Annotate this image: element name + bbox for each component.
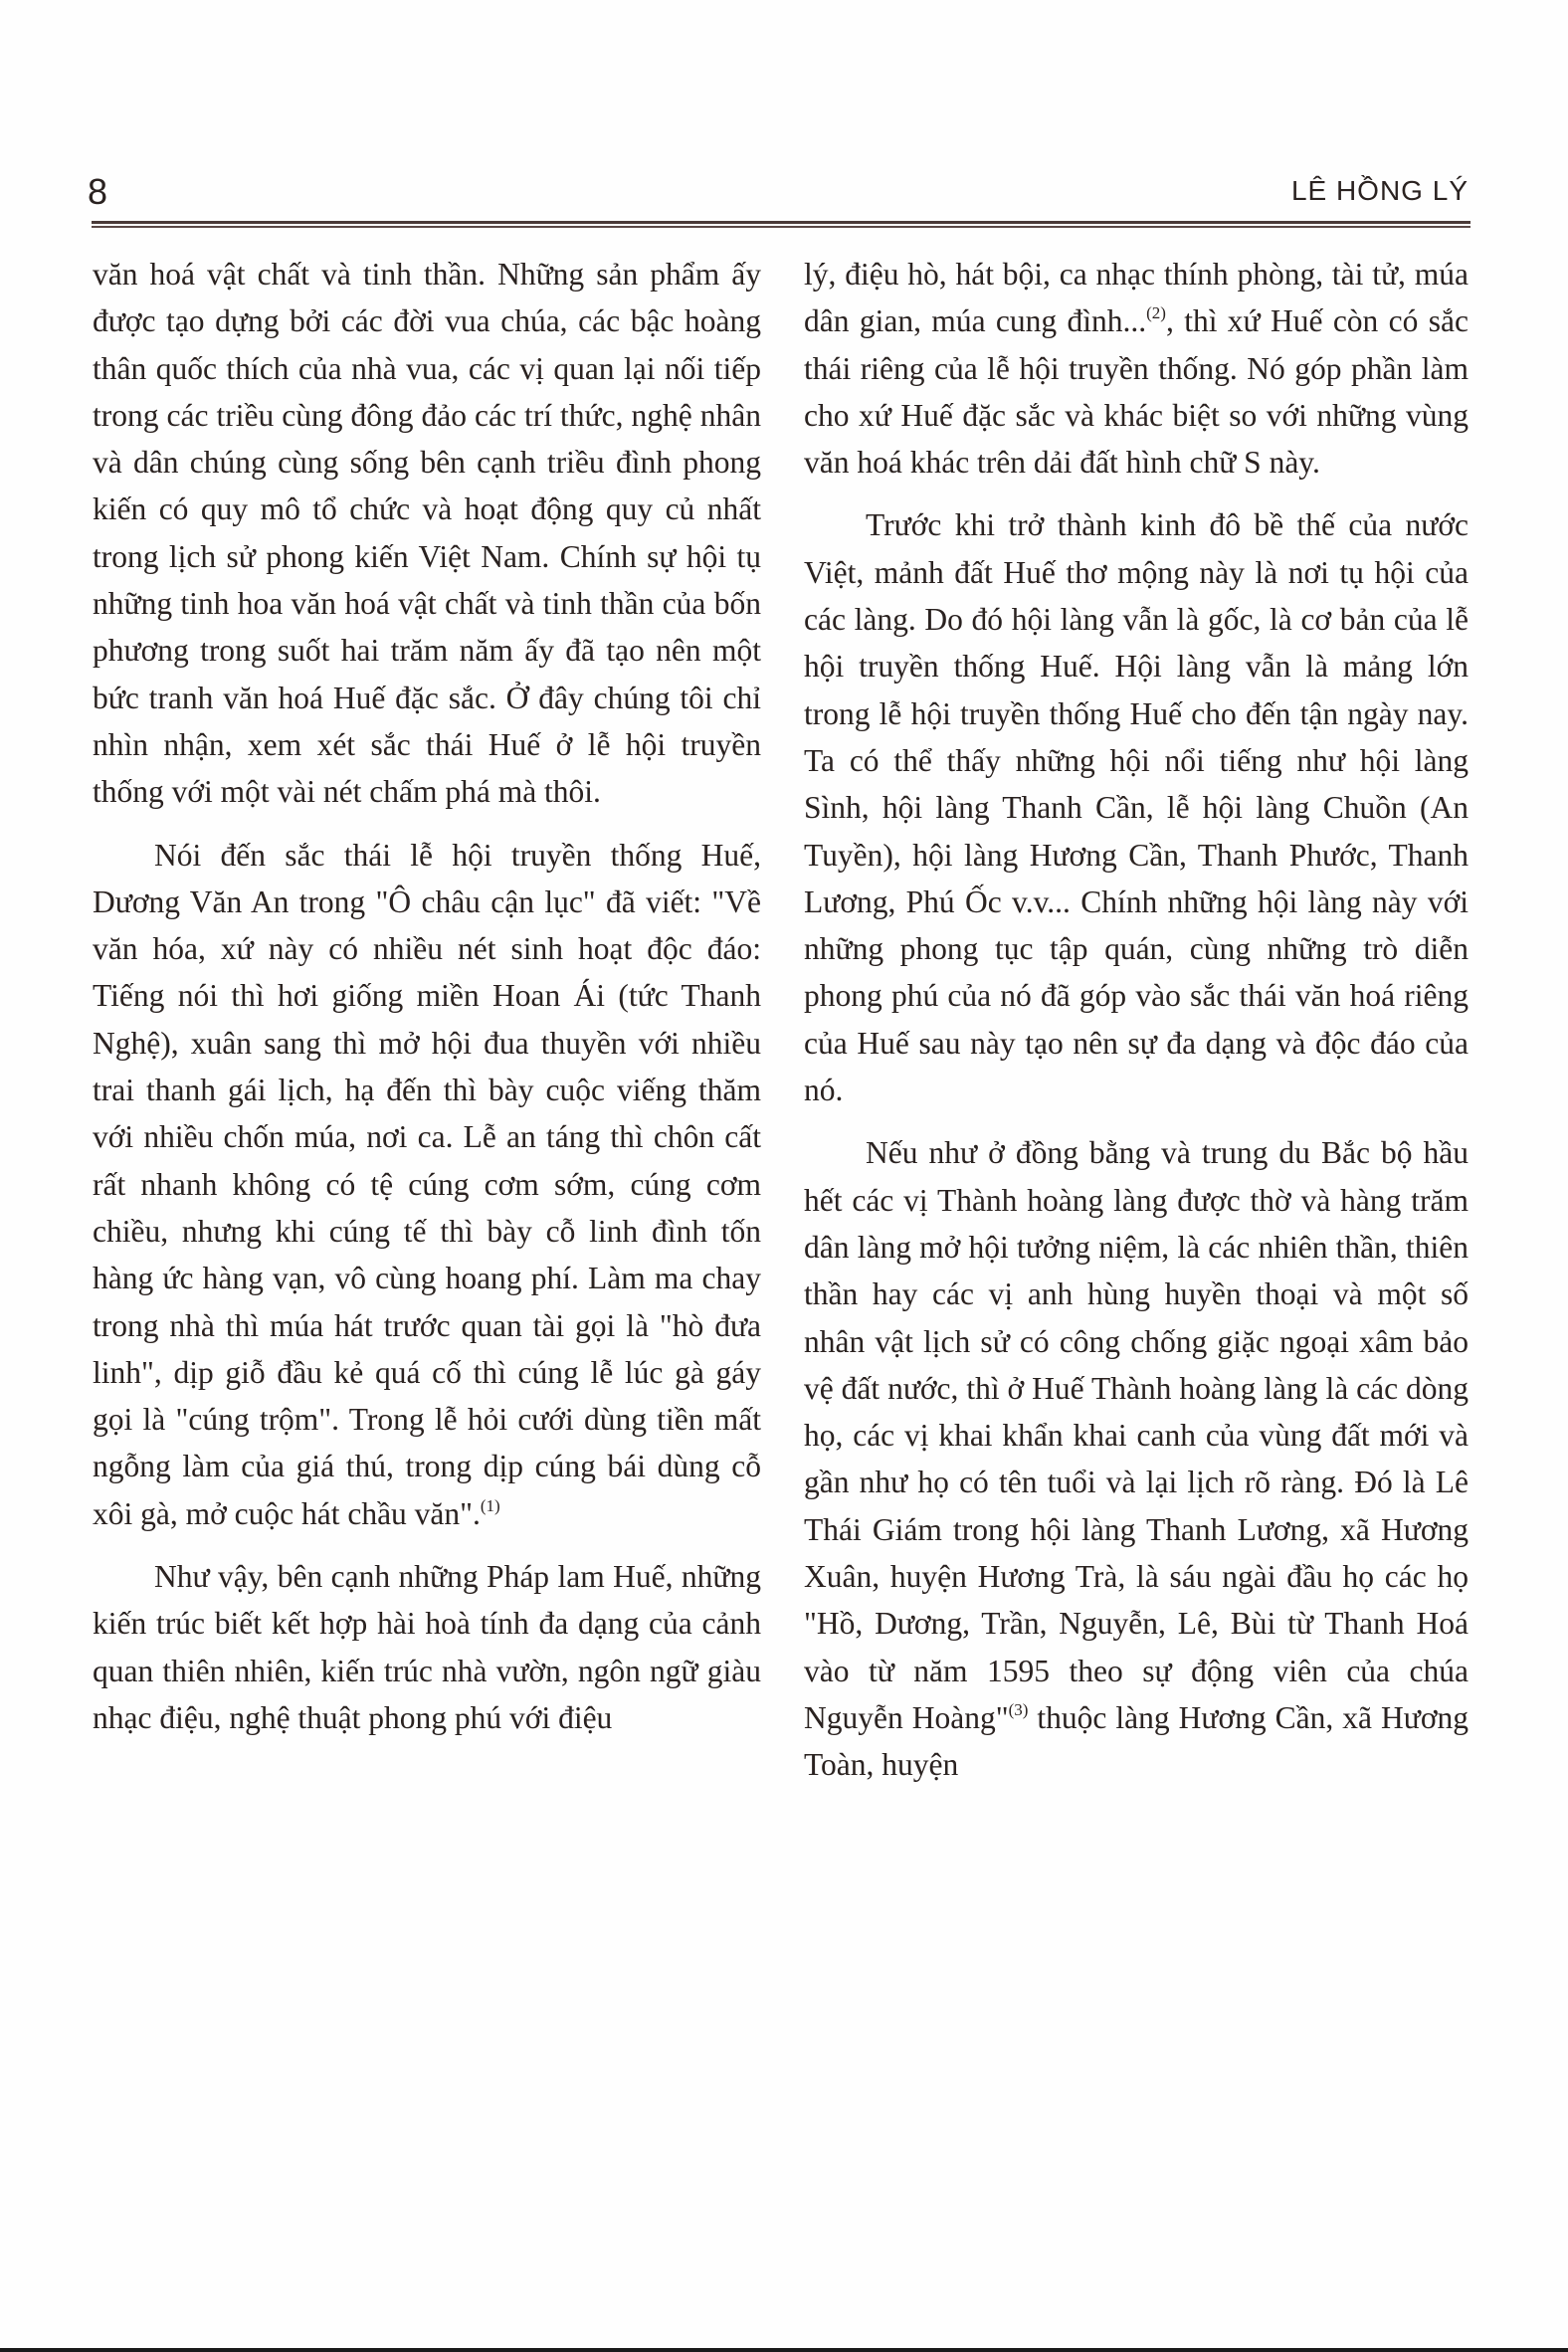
scan-bottom-edge: [0, 2348, 1568, 2352]
footnote-marker: (2): [1146, 303, 1166, 322]
footnote-marker: (3): [1009, 1700, 1029, 1719]
paragraph: văn hoá vật chất và tinh thần. Những sản…: [93, 251, 761, 816]
paragraph-text: Trước khi trở thành kinh đô bề thế của n…: [804, 507, 1469, 1107]
header-rule-bottom: [92, 226, 1470, 228]
running-head-author: LÊ HỒNG LÝ: [1291, 175, 1469, 207]
page-number: 8: [88, 171, 107, 213]
paragraph-text: Nói đến sắc thái lễ hội truyền thống Huế…: [93, 838, 761, 1531]
left-column: văn hoá vật chất và tinh thần. Những sản…: [93, 251, 761, 1757]
paragraph: Nếu như ở đồng bằng và trung du Bắc bộ h…: [804, 1129, 1469, 1788]
paragraph-text: văn hoá vật chất và tinh thần. Những sản…: [93, 257, 761, 809]
paragraph: lý, điệu hò, hát bội, ca nhạc thính phòn…: [804, 251, 1469, 486]
paragraph-text: Nếu như ở đồng bằng và trung du Bắc bộ h…: [804, 1135, 1469, 1735]
right-column: lý, điệu hò, hát bội, ca nhạc thính phòn…: [804, 251, 1469, 1805]
paragraph-text: Như vậy, bên cạnh những Pháp lam Huế, nh…: [93, 1559, 761, 1735]
paragraph: Nói đến sắc thái lễ hội truyền thống Huế…: [93, 832, 761, 1537]
paragraph: Như vậy, bên cạnh những Pháp lam Huế, nh…: [93, 1553, 761, 1741]
header-rule-top: [92, 221, 1470, 224]
header-double-rule: [92, 221, 1470, 229]
paragraph: Trước khi trở thành kinh đô bề thế của n…: [804, 501, 1469, 1113]
footnote-marker: (1): [481, 1496, 500, 1515]
